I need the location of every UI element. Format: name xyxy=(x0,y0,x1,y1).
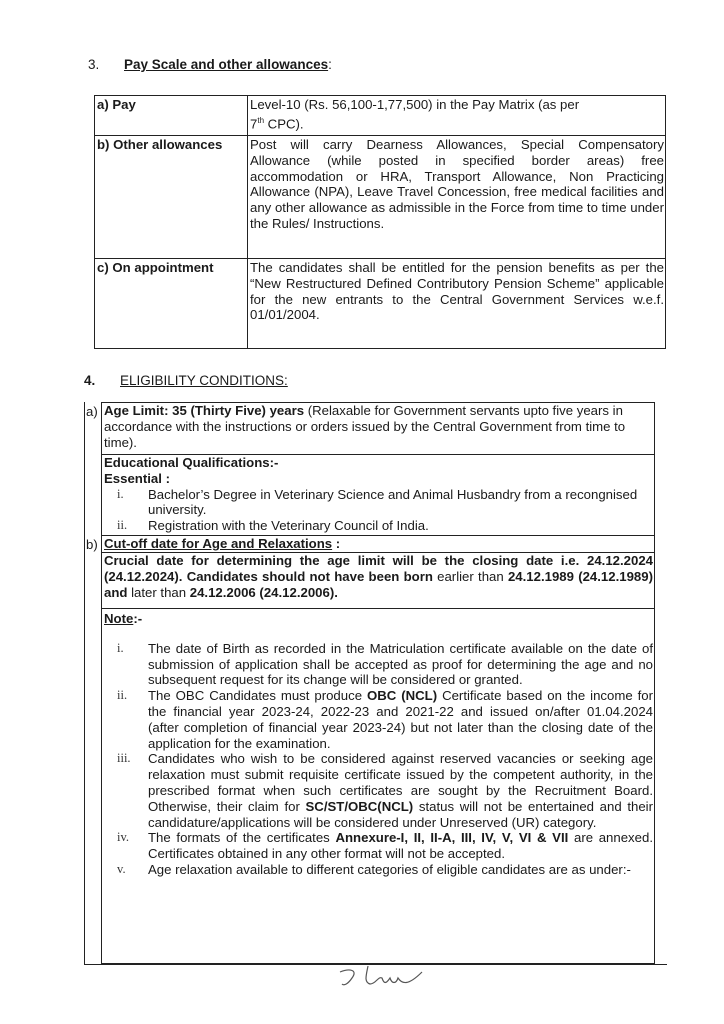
age-limit-row: Age Limit: 35 (Thirty Five) years (Relax… xyxy=(101,402,655,455)
essential-heading: Essential : xyxy=(104,471,653,487)
row-value: Post will carry Dearness Allowances, Spe… xyxy=(248,135,666,258)
section-4-heading: 4.ELIGIBILITY CONDITIONS: xyxy=(84,373,288,389)
note-heading: Note xyxy=(104,611,133,626)
row-label: b) Other allowances xyxy=(95,135,248,258)
row-label: a) Pay xyxy=(95,96,248,136)
cutoff-heading-row: Cut-off date for Age and Relaxations : xyxy=(101,535,655,553)
list-item: iii.Candidates who wish to be considered… xyxy=(104,751,653,830)
educational-qualifications-row: Educational Qualifications:- Essential :… xyxy=(101,454,655,536)
table-row: a) Pay Level-10 (Rs. 56,100-1,77,500) in… xyxy=(95,96,666,136)
table-row: c) On appointment The candidates shall b… xyxy=(95,258,666,348)
section-title: ELIGIBILITY CONDITIONS: xyxy=(120,373,288,388)
crucial-date-row: Crucial date for determining the age lim… xyxy=(101,552,655,609)
list-item: i.Bachelor’s Degree in Veterinary Scienc… xyxy=(104,487,653,519)
list-item: ii.The OBC Candidates must produce OBC (… xyxy=(104,688,653,751)
edu-heading: Educational Qualifications:- xyxy=(104,455,653,471)
section-3-heading: 3.Pay Scale and other allowances: xyxy=(88,57,332,73)
item-marker-a: a) xyxy=(86,404,98,420)
pay-scale-table: a) Pay Level-10 (Rs. 56,100-1,77,500) in… xyxy=(94,95,666,349)
section-number: 3. xyxy=(88,57,124,73)
section-number: 4. xyxy=(84,373,120,389)
cutoff-heading: Cut-off date for Age and Relaxations xyxy=(104,536,332,551)
list-item: ii.Registration with the Veterinary Coun… xyxy=(104,518,653,534)
eligibility-conditions-box: a) b) Age Limit: 35 (Thirty Five) years … xyxy=(84,402,667,965)
list-item: i.The date of Birth as recorded in the M… xyxy=(104,641,653,688)
item-marker-b: b) xyxy=(86,537,98,553)
notes-list: i.The date of Birth as recorded in the M… xyxy=(104,641,653,878)
table-row: b) Other allowances Post will carry Dear… xyxy=(95,135,666,258)
signature-icon xyxy=(336,962,466,1002)
list-item: iv.The formats of the certificates Annex… xyxy=(104,830,653,862)
section-title: Pay Scale and other allowances xyxy=(124,57,328,72)
essential-list: i.Bachelor’s Degree in Veterinary Scienc… xyxy=(104,487,653,534)
notes-row: Note:- i.The date of Birth as recorded i… xyxy=(101,608,655,964)
row-value: The candidates shall be entitled for the… xyxy=(248,258,666,348)
age-limit-label: Age Limit: 35 (Thirty Five) years xyxy=(104,403,304,418)
row-label: c) On appointment xyxy=(95,258,248,348)
handwritten-signature xyxy=(336,962,466,1002)
row-value: Level-10 (Rs. 56,100-1,77,500) in the Pa… xyxy=(248,96,666,136)
list-item: v.Age relaxation available to different … xyxy=(104,862,653,878)
